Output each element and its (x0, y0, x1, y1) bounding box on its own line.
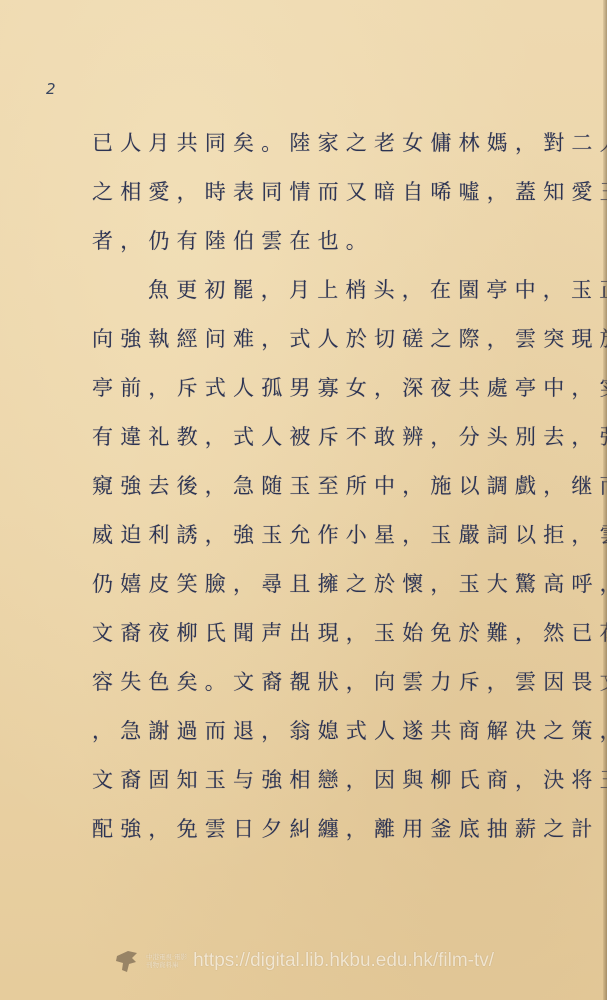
scanned-document-page: 2 已人月共同矣。陸家之老女傭林媽，對二人 之相愛，時表同情而又暗自唏噓，蓋知愛… (0, 0, 607, 1000)
text-line: 已人月共同矣。陸家之老女傭林媽，對二人 (92, 128, 582, 177)
text-line: ，急謝過而退，翁媳式人遂共商解决之策， (92, 716, 582, 765)
film-archive-logo-icon (114, 948, 140, 974)
text-line: 仍嬉皮笑臉，尋且擁之於懷，玉大驚高呼， (92, 569, 582, 618)
text-line: 配強，免雲日夕糾纏，離用釜底抽薪之計 (92, 814, 582, 863)
text-line: 向強執經问难，式人於切磋之際，雲突現於 (92, 324, 582, 373)
text-line: 亭前，斥式人孤男寡女，深夜共處亭中，实 (92, 373, 582, 422)
document-body: 已人月共同矣。陸家之老女傭林媽，對二人 之相愛，時表同情而又暗自唏噓，蓋知愛玉 … (92, 128, 582, 863)
archive-watermark: 中港電視·電影 刊物資料庫 https://digital.lib.hkbu.e… (114, 948, 494, 974)
text-line: 文裔固知玉与強相戀，因與柳氏商，決将玉 (92, 765, 582, 814)
archive-name-line1: 中港電視·電影 (146, 953, 187, 961)
text-line: 之相愛，時表同情而又暗自唏噓，蓋知愛玉 (92, 177, 582, 226)
text-line: 有違礼教，式人被斥不敢辨，分头別去，強 (92, 422, 582, 471)
text-line: 窺強去後，急随玉至所中，施以調戲，继而 (92, 471, 582, 520)
archive-name-line2: 刊物資料庫 (146, 961, 187, 969)
page-number: 2 (46, 80, 56, 98)
archive-url: https://digital.lib.hkbu.edu.hk/film-tv/ (193, 950, 494, 972)
text-line: 者，仍有陸伯雲在也。 (92, 226, 582, 275)
paragraph-start-line: 魚更初罷，月上梢头，在園亭中，玉正 (92, 275, 582, 324)
text-line: 文裔夜柳氏聞声出現，玉始免於難，然已花 (92, 618, 582, 667)
text-line: 容失色矣。文裔覩狀，向雲力斥，雲因畏文 (92, 667, 582, 716)
text-line: 威迫利誘，強玉允作小星，玉嚴詞以拒，雲 (92, 520, 582, 569)
archive-name: 中港電視·電影 刊物資料庫 (146, 953, 187, 969)
